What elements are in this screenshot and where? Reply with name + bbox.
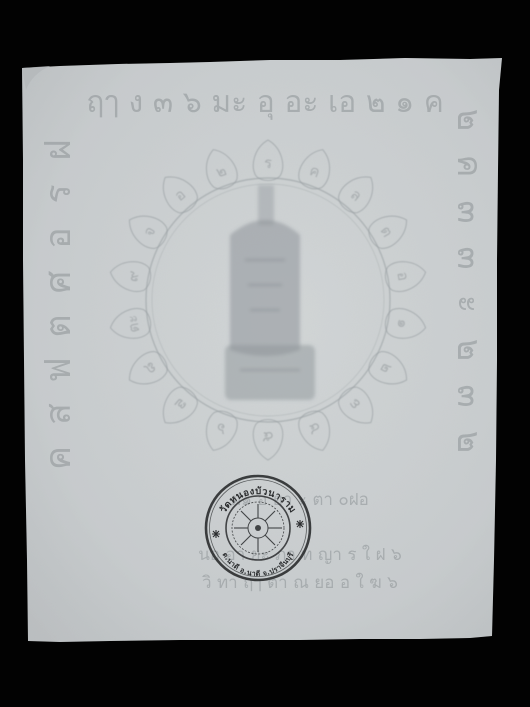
- lotus-petal-glyph: ๕: [262, 428, 273, 446]
- right-script-glyph: ๓: [449, 384, 489, 407]
- left-script-glyph: ต: [38, 314, 79, 337]
- right-script-glyph: ะ: [449, 295, 489, 313]
- right-script-glyph: ๒: [449, 339, 489, 361]
- left-script-glyph: ศ: [38, 270, 79, 293]
- right-script-glyph: ๒: [449, 109, 489, 131]
- right-script-glyph: ๓: [449, 246, 489, 269]
- left-script-glyph: ฟ: [38, 357, 79, 383]
- right-script-glyph: ๒: [449, 431, 489, 453]
- lotus-petal-glyph: ตะ: [123, 313, 144, 334]
- left-script-glyph: ฝ: [38, 139, 79, 160]
- top-script-text: ฤๅ ง ๓ ๖ มะ อุ อะ เอ ๒ ๑ ค: [86, 85, 444, 121]
- right-script-glyph: ค: [449, 155, 489, 178]
- star-ornament-right: [296, 520, 304, 528]
- lotus-petal-glyph: ร: [264, 154, 272, 172]
- lower-script-line: วิ ทา ฤๅ ตา ณ ยอ อ ใ ฆ ๖: [202, 572, 398, 593]
- left-script-glyph: อ: [38, 227, 79, 249]
- left-script-glyph: ส: [38, 403, 79, 425]
- top-script-row: ฤๅ ง ๓ ๖ มะ อุ อะ เอ ๒ ๑ ค: [86, 85, 444, 121]
- left-script-glyph: ค: [38, 446, 79, 470]
- photo-scene: ฤๅ ง ๓ ๖ มะ อุ อะ เอ ๒ ๑ ค ฝรอศตฟสค ๒ค๓๓…: [0, 0, 530, 707]
- right-script-glyph: ๓: [449, 200, 489, 223]
- left-script-glyph: ร: [38, 184, 79, 203]
- star-ornament-left: [212, 530, 220, 538]
